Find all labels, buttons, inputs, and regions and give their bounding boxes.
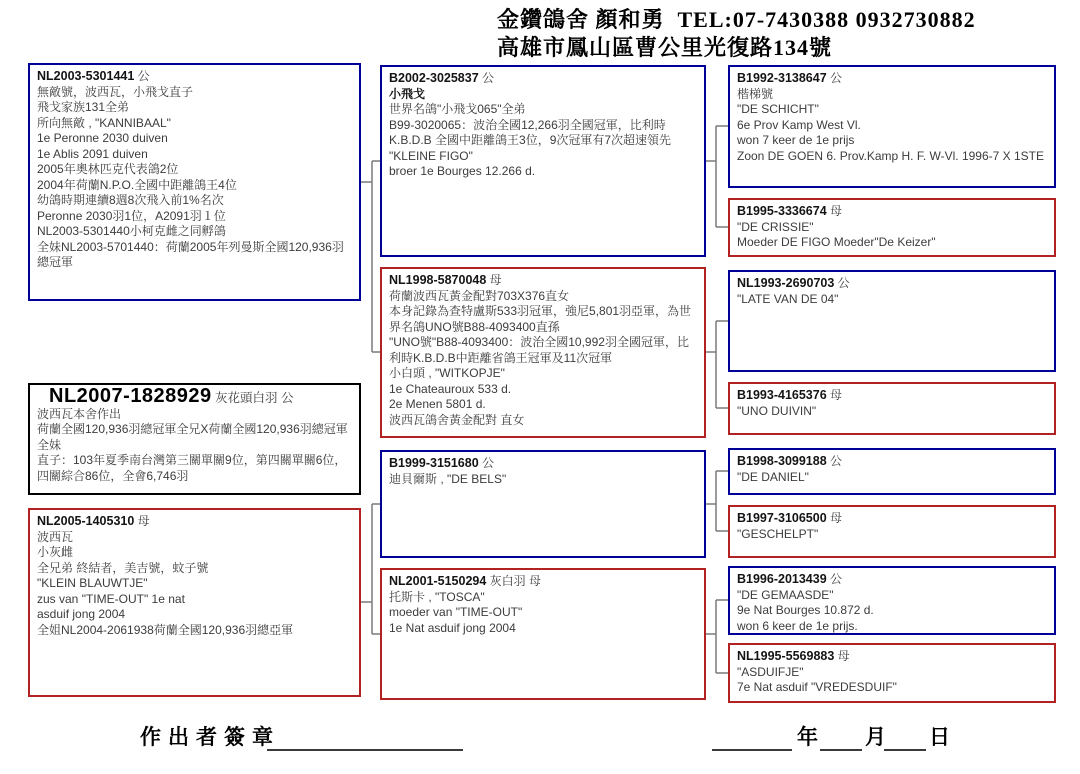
ring-line: B1992-3138647 公	[737, 71, 1047, 87]
ring-line: NL1993-2690703 公	[737, 276, 1047, 292]
ring-line: NL1998-5870048 母	[389, 273, 697, 289]
ring-number: B1998-3099188	[737, 454, 827, 468]
sex-label: 母	[138, 514, 150, 528]
pedigree-notes: "DE GEMAASDE" 9e Nat Bourges 10.872 d. w…	[737, 588, 1047, 635]
sex-label: 母	[830, 388, 842, 402]
pedigree-notes: "LATE VAN DE 04"	[737, 292, 1047, 308]
connector-gp3-to-greats	[706, 471, 728, 531]
pedigree-box-grandsire-maternal: B1999-3151680 公 迪貝爾斯 , "DE BELS"	[380, 450, 706, 558]
sex-label: 公	[482, 456, 494, 470]
sex-label: 灰白羽 母	[490, 574, 541, 588]
loft-address: 高雄市鳳山區曹公里光復路134號	[497, 31, 832, 62]
sex-label: 母	[830, 511, 842, 525]
ring-number: B1996-2013439	[737, 572, 827, 586]
ring-line: NL2003-5301441 公	[37, 69, 352, 85]
ring-number: B1995-3336674	[737, 204, 827, 218]
day-label: 日	[929, 721, 950, 751]
ring-line: B1993-4165376 母	[737, 388, 1047, 404]
ring-number: NL1993-2690703	[737, 276, 834, 290]
pedigree-box-granddam-paternal: NL1998-5870048 母 荷蘭波西瓦黃金配對703X376直女 本身記錄…	[380, 267, 706, 438]
sex-label: 公	[830, 71, 842, 85]
sex-label: 公	[830, 454, 842, 468]
pedigree-box-dam: NL2005-1405310 母 波西瓦 小灰雌 全兄弟 終結者，美吉號，蚊子號…	[28, 508, 361, 697]
year-blank-line	[712, 749, 792, 751]
ring-number: NL2001-5150294	[389, 574, 486, 588]
day-blank-line	[884, 749, 926, 751]
breeder-signature-label: 作出者簽章	[140, 721, 280, 751]
pedigree-notes: 無敵號，波西瓦，小飛戈直子 飛戈家族131全弟 所向無敵 , "KANNIBAA…	[37, 85, 352, 271]
pedigree-box-great-grandparent-4: B1993-4165376 母 "UNO DUIVIN"	[728, 382, 1056, 435]
connector-sire-to-grandparents	[361, 161, 380, 352]
pedigree-box-granddam-maternal: NL2001-5150294 灰白羽 母 托斯卡 , "TOSCA" moede…	[380, 568, 706, 700]
pedigree-notes: "UNO DUIVIN"	[737, 404, 1047, 420]
pedigree-box-main-bird: NL2007-1828929 灰花頭白羽 公 波西瓦本舍作出 荷蘭全國120,9…	[28, 383, 361, 495]
ring-line: B1998-3099188 公	[737, 454, 1047, 470]
pedigree-box-great-grandparent-2: B1995-3336674 母 "DE CRISSIE" Moeder DE F…	[728, 198, 1056, 257]
ring-line: B1995-3336674 母	[737, 204, 1047, 220]
sex-label: 公	[830, 572, 842, 586]
pedigree-box-great-grandparent-3: NL1993-2690703 公 "LATE VAN DE 04"	[728, 270, 1056, 372]
pedigree-notes: 荷蘭波西瓦黃金配對703X376直女 本身記錄為查特盧斯533羽冠軍，強尼5,8…	[389, 289, 697, 429]
ring-line: NL2001-5150294 灰白羽 母	[389, 574, 697, 590]
connector-gp2-to-greats	[706, 321, 728, 408]
month-label: 月	[865, 721, 886, 751]
pedigree-notes: 楷梯號 "DE SCHICHT" 6e Prov Kamp West Vl. w…	[737, 87, 1047, 165]
ring-number: B2002-3025837	[389, 71, 479, 85]
month-blank-line	[820, 749, 862, 751]
connector-gp4-to-greats	[706, 600, 728, 673]
pedigree-notes: 波西瓦 小灰雌 全兄弟 終結者，美吉號，蚊子號 "KLEIN BLAUWTJE"…	[37, 530, 352, 639]
pedigree-box-sire: NL2003-5301441 公 無敵號，波西瓦，小飛戈直子 飛戈家族131全弟…	[28, 63, 361, 301]
ring-line: NL2007-1828929 灰花頭白羽 公	[37, 389, 352, 407]
year-label: 年	[797, 721, 818, 751]
pedigree-box-great-grandparent-7: B1996-2013439 公 "DE GEMAASDE" 9e Nat Bou…	[728, 566, 1056, 635]
ring-number: NL2005-1405310	[37, 514, 134, 528]
ring-number: B1999-3151680	[389, 456, 479, 470]
sex-label: 母	[830, 204, 842, 218]
connector-dam-to-grandparents	[361, 504, 380, 634]
pedigree-box-great-grandparent-8: NL1995-5569883 母 "ASDUIFJE" 7e Nat asdui…	[728, 643, 1056, 703]
ring-line: B2002-3025837 公	[389, 71, 697, 87]
pedigree-notes: 世界名鴿"小飛戈065"全弟 B99-3020065：波治全國12,266羽全國…	[389, 102, 697, 180]
ring-line: NL1995-5569883 母	[737, 649, 1047, 665]
ring-line: NL2005-1405310 母	[37, 514, 352, 530]
pedigree-box-great-grandparent-6: B1997-3106500 母 "GESCHELPT"	[728, 505, 1056, 558]
pedigree-box-great-grandparent-5: B1998-3099188 公 "DE DANIEL"	[728, 448, 1056, 495]
pedigree-box-great-grandparent-1: B1992-3138647 公 楷梯號 "DE SCHICHT" 6e Prov…	[728, 65, 1056, 188]
sex-label: 公	[838, 276, 850, 290]
ring-number: NL2007-1828929	[49, 385, 212, 407]
sex-label: 母	[490, 273, 502, 287]
pedigree-notes: 托斯卡 , "TOSCA" moeder van "TIME-OUT" 1e N…	[389, 590, 697, 637]
pedigree-box-grandsire-paternal: B2002-3025837 公 小飛戈 世界名鴿"小飛戈065"全弟 B99-3…	[380, 65, 706, 257]
ring-number: NL2003-5301441	[37, 69, 134, 83]
sex-label: 母	[838, 649, 850, 663]
ring-number: B1997-3106500	[737, 511, 827, 525]
ring-number: B1992-3138647	[737, 71, 827, 85]
loft-title: 金鑽鴿舍 顏和勇 TEL:07-7430388 0932730882	[497, 3, 976, 34]
signature-blank-line	[267, 749, 463, 751]
pedigree-notes: 波西瓦本舍作出 荷蘭全國120,936羽總冠軍全兄X荷蘭全國120,936羽總冠…	[37, 407, 352, 485]
ring-line: B1997-3106500 母	[737, 511, 1047, 527]
ring-line: B1999-3151680 公	[389, 456, 697, 472]
ring-number: B1993-4165376	[737, 388, 827, 402]
pedigree-notes: 迪貝爾斯 , "DE BELS"	[389, 472, 697, 488]
ring-number: NL1995-5569883	[737, 649, 834, 663]
ring-number: NL1998-5870048	[389, 273, 486, 287]
pedigree-notes: "ASDUIFJE" 7e Nat asduif "VREDESDUIF"	[737, 665, 1047, 696]
pedigree-notes: "DE DANIEL"	[737, 470, 1047, 486]
sex-label: 公	[482, 71, 494, 85]
ring-line: B1996-2013439 公	[737, 572, 1047, 588]
color-sex-label: 灰花頭白羽 公	[215, 391, 293, 405]
pedigree-notes: "DE CRISSIE" Moeder DE FIGO Moeder"De Ke…	[737, 220, 1047, 251]
sex-label: 公	[138, 69, 150, 83]
connector-gp1-to-greats	[706, 126, 728, 227]
bird-name: 小飛戈	[389, 87, 697, 103]
pedigree-notes: "GESCHELPT"	[737, 527, 1047, 543]
